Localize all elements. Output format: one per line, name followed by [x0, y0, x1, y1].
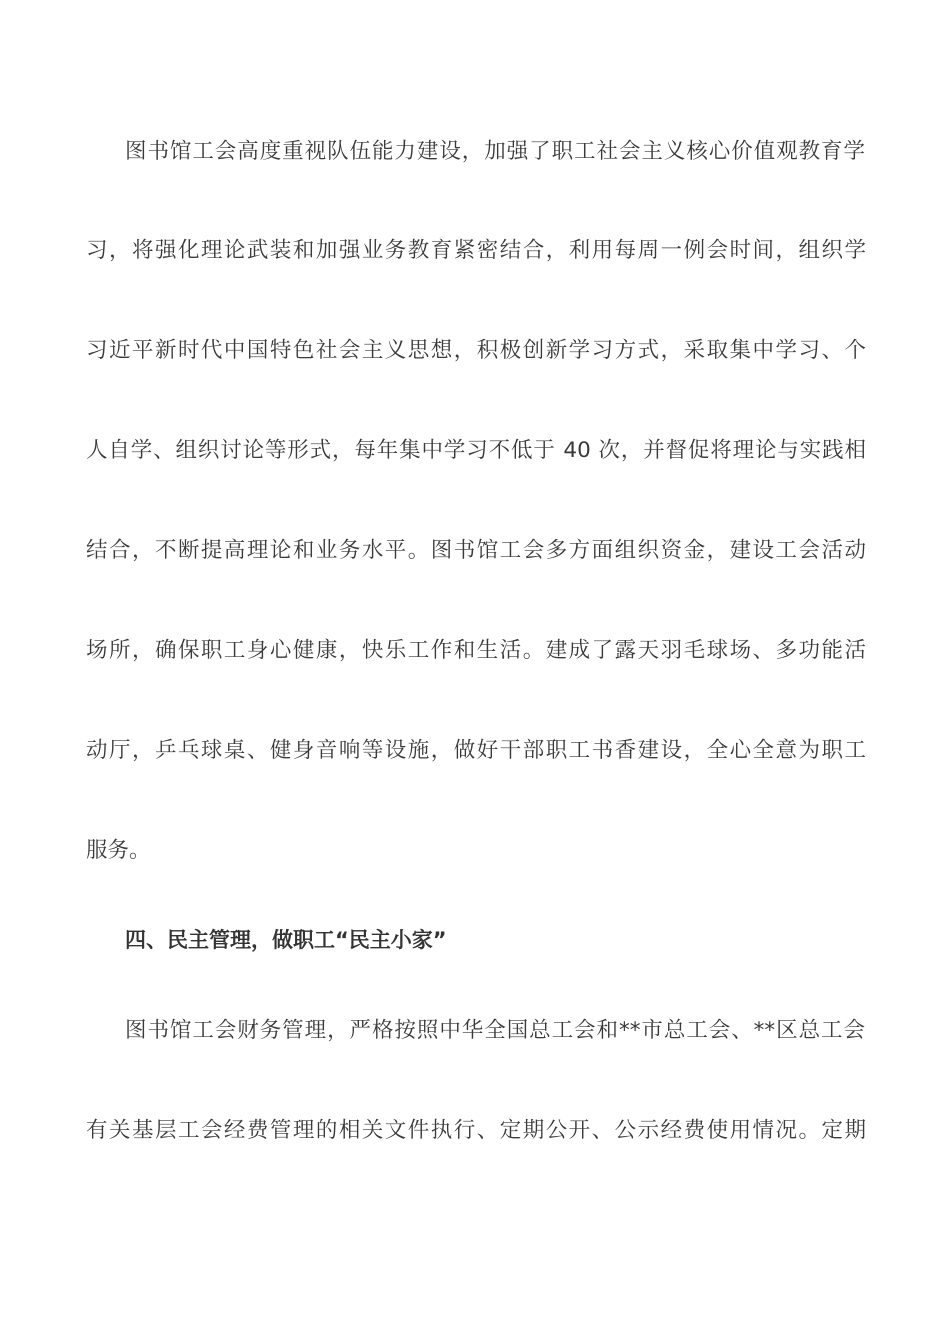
text-line: 习近平新时代中国特色社会主义思想，积极创新学习方式，采取集中学习、个 — [86, 336, 866, 366]
section-heading: 四、民主管理，做职工“民主小家” — [125, 925, 447, 955]
text-line: 习，将强化理论武装和加强业务教育紧密结合，利用每周一例会时间，组织学 — [86, 236, 866, 266]
text-line: 有关基层工会经费管理的相关文件执行、定期公开、公示经费使用情况。定期 — [86, 1116, 866, 1146]
text-line: 人自学、组织讨论等形式，每年集中学习不低于 40 次，并督促将理论与实践相 — [86, 436, 866, 466]
text-line: 图书馆工会财务管理，严格按照中华全国总工会和**市总工会、**区总工会 — [125, 1016, 865, 1046]
text-line: 结合，不断提高理论和业务水平。图书馆工会多方面组织资金，建设工会活动 — [86, 536, 866, 566]
text-line: 场所，确保职工身心健康，快乐工作和生活。建成了露天羽毛球场、多功能活 — [86, 636, 866, 666]
document-page: 图书馆工会高度重视队伍能力建设，加强了职工社会主义核心价值观教育学 习，将强化理… — [0, 0, 950, 1344]
text-line: 图书馆工会高度重视队伍能力建设，加强了职工社会主义核心价值观教育学 — [125, 137, 865, 167]
text-line: 动厅，乒乓球桌、健身音响等设施，做好干部职工书香建设，全心全意为职工 — [86, 736, 866, 766]
text-line: 服务。 — [86, 836, 866, 866]
